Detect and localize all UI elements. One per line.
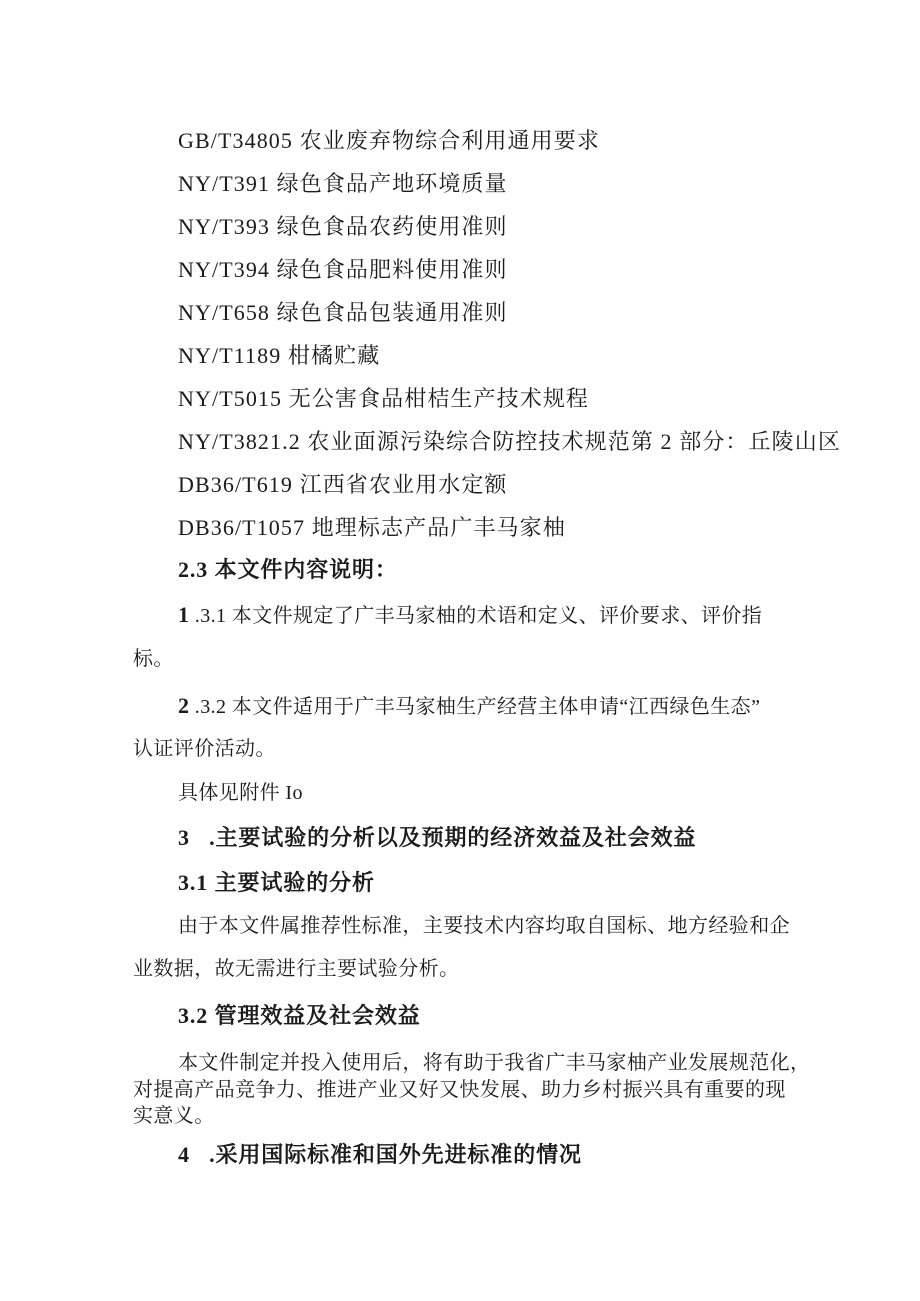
para-3-2-line-3-text: 实意义。 <box>133 1105 215 1127</box>
para-3-2-line-3: 实意义。 <box>133 1105 215 1128</box>
standard-ref-nyt393-text: NY/T393 绿色食品农药使用准则 <box>178 214 508 239</box>
para-3-2-line-2: 对提高产品竞争力、推进产业又好又快发展、助力乡村振兴具有重要的现 <box>133 1079 786 1102</box>
para-3-2-line-2-text: 对提高产品竞争力、推进产业又好又快发展、助力乡村振兴具有重要的现 <box>133 1079 786 1101</box>
section-heading-3: 3 .主要试验的分析以及预期的经济效益及社会效益 <box>178 825 696 850</box>
standard-ref-nyt3821-2-text: NY/T3821.2 农业面源污染综合防控技术规范第 2 部分：丘陵山区 <box>178 429 841 454</box>
section-heading-2-3: 2.3 本文件内容说明： <box>178 557 398 582</box>
para-3-2-line-1-text: 本文件制定并投入使用后，将有助于我省广丰马家柚产业发展规范化， <box>178 1052 810 1074</box>
standard-ref-db36t1057-text: DB36/T1057 地理标志产品广丰马家柚 <box>178 515 566 540</box>
standard-ref-nyt391-text: NY/T391 绿色食品产地环境质量 <box>178 171 508 196</box>
standard-ref-nyt394-text: NY/T394 绿色食品肥料使用准则 <box>178 257 508 282</box>
standard-ref-nyt393: NY/T393 绿色食品农药使用准则 <box>178 214 508 239</box>
standard-ref-gbt34805-text: GB/T34805 农业废弃物综合利用通用要求 <box>178 128 600 153</box>
section-heading-3-1: 3.1 主要试验的分析 <box>178 870 375 895</box>
standard-ref-db36t619-text: DB36/T619 江西省农业用水定额 <box>178 472 508 497</box>
clause-1-3-1-line-1-text: .3.1 本文件规定了广丰马家柚的术语和定义、评价要求、评价指 <box>189 605 762 627</box>
clause-2-3-2-line-1-text: .3.2 本文件适用于广丰马家柚生产经营主体申请“江西绿色生态” <box>189 696 760 718</box>
para-3-2-line-1: 本文件制定并投入使用后，将有助于我省广丰马家柚产业发展规范化， <box>178 1052 810 1075</box>
para-3-1-line-2-text: 业数据，故无需进行主要试验分析。 <box>133 958 459 980</box>
standard-ref-nyt658: NY/T658 绿色食品包装通用准则 <box>178 300 508 325</box>
clause-1-3-1-line-1-bold-number: 1 <box>178 602 189 627</box>
standard-ref-nyt5015: NY/T5015 无公害食品柑桔生产技术规程 <box>178 386 589 411</box>
para-3-1-line-2: 业数据，故无需进行主要试验分析。 <box>133 958 459 981</box>
standard-ref-db36t1057: DB36/T1057 地理标志产品广丰马家柚 <box>178 515 566 540</box>
standard-ref-db36t619: DB36/T619 江西省农业用水定额 <box>178 472 508 497</box>
standard-ref-nyt391: NY/T391 绿色食品产地环境质量 <box>178 171 508 196</box>
clause-1-3-1-line-1: 1 .3.1 本文件规定了广丰马家柚的术语和定义、评价要求、评价指 <box>178 602 762 628</box>
clause-1-3-1-line-2-text: 标。 <box>133 648 174 670</box>
standard-ref-gbt34805: GB/T34805 农业废弃物综合利用通用要求 <box>178 128 600 153</box>
para-3-1-line-1-text: 由于本文件属推荐性标准，主要技术内容均取自国标、地方经验和企 <box>178 915 790 937</box>
standard-ref-nyt1189: NY/T1189 柑橘贮藏 <box>178 343 380 368</box>
section-heading-3-2: 3.2 管理效益及社会效益 <box>178 1003 421 1028</box>
standard-ref-nyt3821-2: NY/T3821.2 农业面源污染综合防控技术规范第 2 部分：丘陵山区 <box>178 429 841 454</box>
standard-ref-nyt394: NY/T394 绿色食品肥料使用准则 <box>178 257 508 282</box>
clause-2-3-2-line-1: 2 .3.2 本文件适用于广丰马家柚生产经营主体申请“江西绿色生态” <box>178 693 760 719</box>
para-3-1-line-1: 由于本文件属推荐性标准，主要技术内容均取自国标、地方经验和企 <box>178 915 790 938</box>
standard-ref-nyt1189-text: NY/T1189 柑橘贮藏 <box>178 343 380 368</box>
clause-2-3-2-line-2: 认证评价活动。 <box>133 738 276 761</box>
section-heading-4: 4 .采用国际标准和国外先进标准的情况 <box>178 1142 582 1167</box>
section-heading-4-text: 4 .采用国际标准和国外先进标准的情况 <box>178 1142 582 1167</box>
standard-ref-nyt658-text: NY/T658 绿色食品包装通用准则 <box>178 300 508 325</box>
clause-2-3-2-line-2-text: 认证评价活动。 <box>133 738 276 760</box>
attachment-note-text: 具体见附件 Io <box>178 782 303 804</box>
document-page: GB/T34805 农业废弃物综合利用通用要求NY/T391 绿色食品产地环境质… <box>0 0 920 1301</box>
attachment-note: 具体见附件 Io <box>178 782 303 805</box>
section-heading-3-2-text: 3.2 管理效益及社会效益 <box>178 1003 421 1028</box>
section-heading-3-text: 3 .主要试验的分析以及预期的经济效益及社会效益 <box>178 825 696 850</box>
standard-ref-nyt5015-text: NY/T5015 无公害食品柑桔生产技术规程 <box>178 386 589 411</box>
clause-2-3-2-line-1-bold-number: 2 <box>178 693 189 718</box>
section-heading-2-3-text: 2.3 本文件内容说明： <box>178 557 398 582</box>
clause-1-3-1-line-2: 标。 <box>133 648 174 671</box>
section-heading-3-1-text: 3.1 主要试验的分析 <box>178 870 375 895</box>
